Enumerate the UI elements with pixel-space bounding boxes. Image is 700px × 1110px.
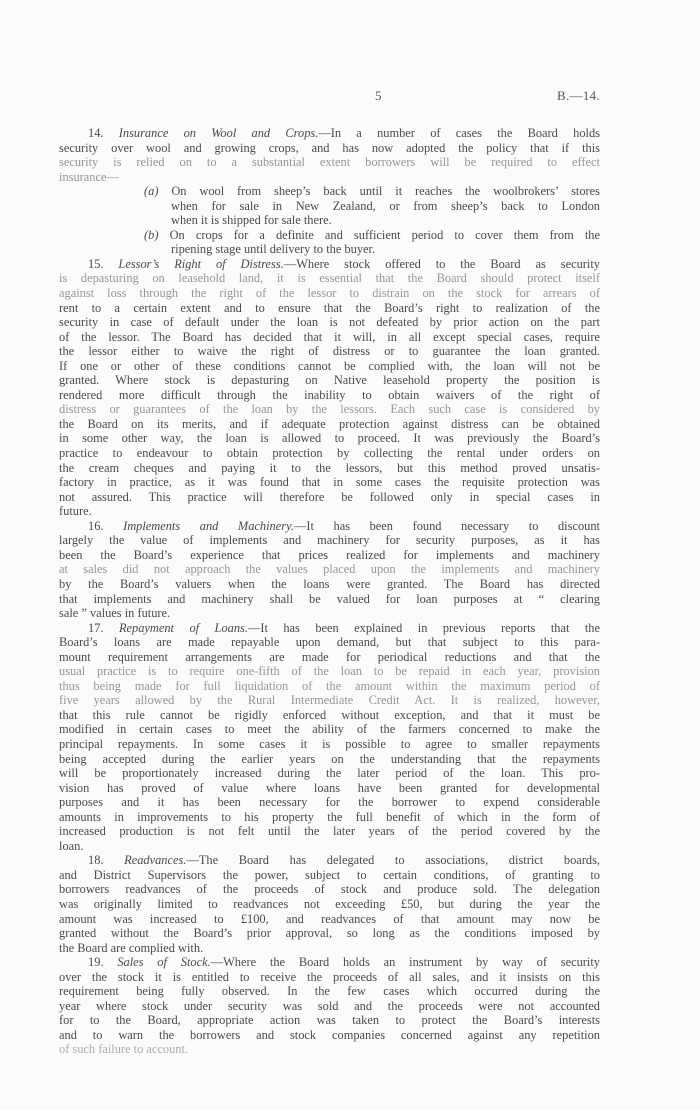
text-line: 17. Repayment of Loans.—It has been expl… (59, 621, 600, 636)
text-segment: year where stock under security was sold… (59, 999, 600, 1013)
text-line: factory in practice, as it was found tha… (59, 475, 600, 490)
italic-heading-text: (b) (144, 228, 170, 242)
paragraph: 16. Implements and Machinery.—It has bee… (59, 519, 600, 621)
text-segment: sale ” values in future. (59, 606, 170, 620)
text-line: amount was increased to £100, and readva… (59, 912, 600, 927)
text-segment: rendered more difficult through the inab… (59, 388, 600, 402)
text-line: modified in certain cases to meet the ab… (59, 722, 600, 737)
page-number: 5 (375, 88, 382, 104)
text-line: (b) On crops for a definite and sufficie… (59, 228, 600, 243)
text-line: borrowers readvances of the proceeds of … (59, 882, 600, 897)
text-line: increased production is not felt until t… (59, 824, 600, 839)
text-segment: security over wool and growing crops, an… (59, 141, 600, 155)
text-line: security over wool and growing crops, an… (59, 141, 600, 156)
text-line: vision has proved of value where loans h… (59, 781, 600, 796)
text-segment: usual practice is to require one-fifth o… (59, 664, 600, 678)
text-segment: at sales did not approach the values pla… (59, 562, 600, 576)
text-line: granted without the Board’s prior approv… (59, 926, 600, 941)
text-line: future. (59, 504, 600, 519)
text-segment: 18. (88, 853, 124, 867)
text-line: in some other way, the loan is allowed t… (59, 431, 600, 446)
text-line: insurance— (59, 170, 600, 185)
text-segment: against loss through the right of the le… (59, 286, 600, 300)
text-line: loan. (59, 839, 600, 854)
text-line: ripening stage until delivery to the buy… (59, 242, 600, 257)
text-segment: thus being made for full liquidation of … (59, 679, 600, 693)
text-line: 16. Implements and Machinery.—It has bee… (59, 519, 600, 534)
text-segment: the cream cheques and paying it to the l… (59, 461, 600, 475)
italic-heading-text: Insurance on Wool and Crops. (119, 126, 319, 140)
paragraph: (a) On wool from sheep’s back until it r… (59, 184, 600, 228)
text-segment: distress or guarantees of the loan by th… (59, 402, 600, 416)
text-line: is depasturing on leasehold land, it is … (59, 271, 600, 286)
text-line: will be proportionately increased during… (59, 766, 600, 781)
text-line: when for sale in New Zealand, or from sh… (59, 199, 600, 214)
paragraph: 17. Repayment of Loans.—It has been expl… (59, 621, 600, 854)
text-line: distress or guarantees of the loan by th… (59, 402, 600, 417)
text-segment: insurance— (59, 170, 119, 184)
text-segment: 16. (88, 519, 123, 533)
italic-heading-text: Lessor’s Right of Distress. (118, 257, 283, 271)
italic-heading-text: (a) (144, 184, 171, 198)
text-segment: If one or other of these conditions cann… (59, 359, 600, 373)
text-segment: 17. (88, 621, 119, 635)
text-segment: requirement being fully observed. In the… (59, 984, 600, 998)
text-line: been the Board’s experience that prices … (59, 548, 600, 563)
text-line: principal repayments. In some cases it i… (59, 737, 600, 752)
text-line: was originally limited to readvances not… (59, 897, 600, 912)
text-segment: of the lessor. The Board has decided tha… (59, 330, 600, 344)
text-segment: over the stock it is entitled to receive… (59, 970, 600, 984)
text-line: purposes and it has been necessary for t… (59, 795, 600, 810)
text-line: largely the value of implements and mach… (59, 533, 600, 548)
text-segment: not assured. This practice will therefor… (59, 490, 600, 504)
text-line: year where stock under security was sold… (59, 999, 600, 1014)
text-segment: On crops for a definite and sufficient p… (170, 228, 600, 242)
text-line: rendered more difficult through the inab… (59, 388, 600, 403)
text-segment: —It has been explained in previous repor… (248, 621, 600, 635)
text-segment: borrowers readvances of the proceeds of … (59, 882, 600, 896)
text-line: amounts in improvements to his property … (59, 810, 600, 825)
document-body: 14. Insurance on Wool and Crops.—In a nu… (59, 126, 600, 1057)
document-reference: B.—14. (557, 88, 600, 104)
text-segment: of such failure to account. (59, 1042, 188, 1056)
text-segment: 15. (88, 257, 118, 271)
text-line: 18. Readvances.—The Board has delegated … (59, 853, 600, 868)
text-line: at sales did not approach the values pla… (59, 562, 600, 577)
text-line: sale ” values in future. (59, 606, 600, 621)
paragraph: 14. Insurance on Wool and Crops.—In a nu… (59, 126, 600, 184)
paragraph: (b) On crops for a definite and sufficie… (59, 228, 600, 257)
text-segment: being accepted during the earlier years … (59, 752, 600, 766)
text-segment: been the Board’s experience that prices … (59, 548, 600, 562)
text-line: for to the Board, appropriate action was… (59, 1013, 600, 1028)
text-line: mount requirement arrangements are made … (59, 650, 600, 665)
text-line: usual practice is to require one-fifth o… (59, 664, 600, 679)
text-segment: mount requirement arrangements are made … (59, 650, 600, 664)
text-line: not assured. This practice will therefor… (59, 490, 600, 505)
text-line: over the stock it is entitled to receive… (59, 970, 600, 985)
text-segment: —In a number of cases the Board holds (318, 126, 600, 140)
text-segment: —Where the Board holds an instrument by … (211, 955, 600, 969)
text-line: practice to endeavour to obtain protecti… (59, 446, 600, 461)
text-line: of the lessor. The Board has decided tha… (59, 330, 600, 345)
italic-heading-text: Readvances. (124, 853, 186, 867)
text-segment: that implements and machinery shall be v… (59, 592, 600, 606)
text-segment: by the Board’s valuers when the loans we… (59, 577, 600, 591)
document-page: 5 B.—14. 14. Insurance on Wool and Crops… (0, 0, 700, 1110)
text-segment: loan. (59, 839, 83, 853)
text-line: the lessor either to waive the right of … (59, 344, 600, 359)
italic-heading-text: Sales of Stock. (117, 955, 210, 969)
text-segment: vision has proved of value where loans h… (59, 781, 600, 795)
text-segment: future. (59, 504, 92, 518)
text-segment: On wool from sheep’s back until it reach… (171, 184, 600, 198)
text-line: being accepted during the earlier years … (59, 752, 600, 767)
text-segment: five years allowed by the Rural Intermed… (59, 693, 600, 707)
text-line: the Board on its merits, and if adequate… (59, 417, 600, 432)
text-segment: increased production is not felt until t… (59, 824, 600, 838)
text-segment: the lessor either to waive the right of … (59, 344, 600, 358)
paragraph: 18. Readvances.—The Board has delegated … (59, 853, 600, 955)
text-segment: —The Board has delegated to associations… (186, 853, 600, 867)
text-segment: rent to a certain extent and to ensure t… (59, 301, 600, 315)
text-segment: was originally limited to readvances not… (59, 897, 600, 911)
text-line: security in case of default under the lo… (59, 315, 600, 330)
text-line: the Board are complied with. (59, 941, 600, 956)
text-line: and District Supervisors the power, subj… (59, 868, 600, 883)
text-segment: the Board on its merits, and if adequate… (59, 417, 600, 431)
text-segment: modified in certain cases to meet the ab… (59, 722, 600, 736)
text-line: (a) On wool from sheep’s back until it r… (59, 184, 600, 199)
text-segment: is depasturing on leasehold land, it is … (59, 271, 600, 285)
text-segment: security in case of default under the lo… (59, 315, 600, 329)
text-line: 19. Sales of Stock.—Where the Board hold… (59, 955, 600, 970)
text-segment: granted without the Board’s prior approv… (59, 926, 600, 940)
text-line: that this rule cannot be rigidly enforce… (59, 708, 600, 723)
text-segment: that this rule cannot be rigidly enforce… (59, 708, 600, 722)
text-segment: practice to endeavour to obtain protecti… (59, 446, 600, 460)
text-line: thus being made for full liquidation of … (59, 679, 600, 694)
text-segment: in some other way, the loan is allowed t… (59, 431, 600, 445)
text-line: 15. Lessor’s Right of Distress.—Where st… (59, 257, 600, 272)
text-line: If one or other of these conditions cann… (59, 359, 600, 374)
text-segment: largely the value of implements and mach… (59, 533, 600, 547)
text-segment: for to the Board, appropriate action was… (59, 1013, 600, 1027)
text-segment: —Where stock offered to the Board as sec… (284, 257, 600, 271)
text-segment: 19. (88, 955, 117, 969)
text-line: granted. Where stock is depasturing on N… (59, 373, 600, 388)
text-segment: the Board are complied with. (59, 941, 203, 955)
text-line: that implements and machinery shall be v… (59, 592, 600, 607)
text-line: 14. Insurance on Wool and Crops.—In a nu… (59, 126, 600, 141)
text-segment: and to warn the borrowers and stock comp… (59, 1028, 600, 1042)
text-segment: 14. (88, 126, 119, 140)
text-segment: factory in practice, as it was found tha… (59, 475, 600, 489)
text-segment: amounts in improvements to his property … (59, 810, 600, 824)
text-segment: will be proportionately increased during… (59, 766, 600, 780)
text-segment: ripening stage until delivery to the buy… (171, 242, 375, 256)
text-line: by the Board’s valuers when the loans we… (59, 577, 600, 592)
text-segment: and District Supervisors the power, subj… (59, 868, 600, 882)
italic-heading-text: Implements and Machinery. (123, 519, 294, 533)
page-header: 5 B.—14. (59, 88, 600, 104)
text-line: rent to a certain extent and to ensure t… (59, 301, 600, 316)
text-segment: when for sale in New Zealand, or from sh… (171, 199, 600, 213)
paragraph: 15. Lessor’s Right of Distress.—Where st… (59, 257, 600, 519)
text-line: when it is shipped for sale there. (59, 213, 600, 228)
italic-heading-text: Repayment of Loans. (119, 621, 248, 635)
text-segment: granted. Where stock is depasturing on N… (59, 373, 600, 387)
text-segment: security is relied on to a substantial e… (59, 155, 600, 169)
text-line: security is relied on to a substantial e… (59, 155, 600, 170)
text-segment: principal repayments. In some cases it i… (59, 737, 600, 751)
text-line: requirement being fully observed. In the… (59, 984, 600, 999)
text-segment: when it is shipped for sale there. (171, 213, 332, 227)
text-line: the cream cheques and paying it to the l… (59, 461, 600, 476)
text-segment: —It has been found necessary to discount (294, 519, 600, 533)
text-line: of such failure to account. (59, 1042, 600, 1057)
text-segment: amount was increased to £100, and readva… (59, 912, 600, 926)
text-line: Board’s loans are made repayable upon de… (59, 635, 600, 650)
paragraph: 19. Sales of Stock.—Where the Board hold… (59, 955, 600, 1057)
text-line: and to warn the borrowers and stock comp… (59, 1028, 600, 1043)
text-line: five years allowed by the Rural Intermed… (59, 693, 600, 708)
text-segment: Board’s loans are made repayable upon de… (59, 635, 600, 649)
text-line: against loss through the right of the le… (59, 286, 600, 301)
text-segment: purposes and it has been necessary for t… (59, 795, 600, 809)
